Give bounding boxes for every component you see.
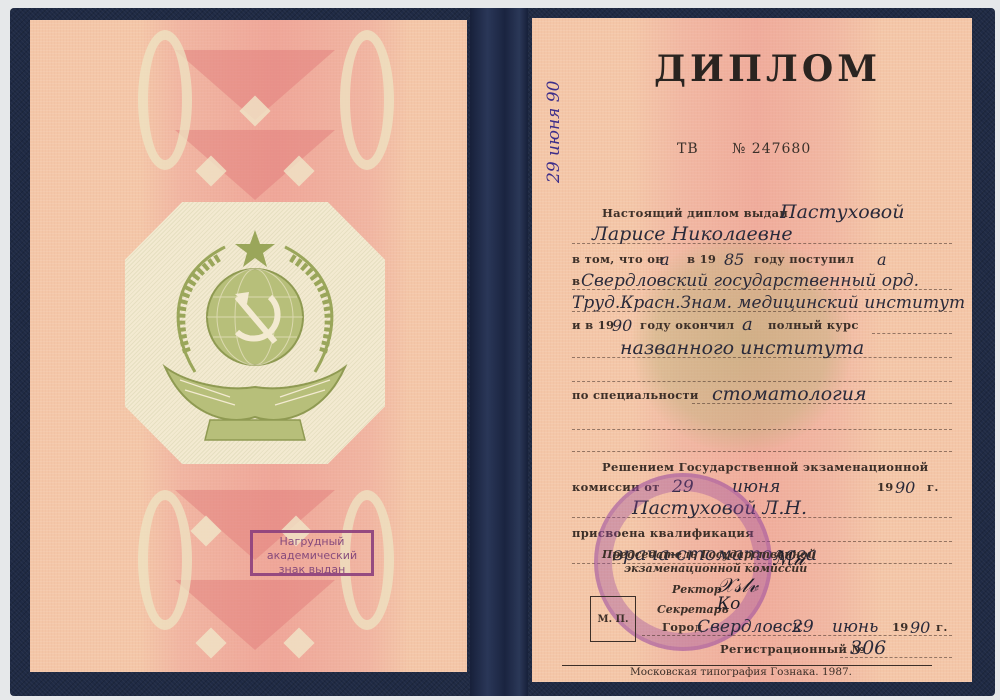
year-abbr: г. <box>936 620 948 634</box>
stamp-line: знак выдан <box>253 563 371 577</box>
graduation-year: 90 <box>612 316 632 335</box>
secretary-signature: Ко <box>717 594 740 614</box>
given-names-row: Ларисе Николаевне <box>572 224 952 246</box>
course-of: названного института <box>620 337 864 359</box>
registration-label: Регистрационный № <box>720 642 864 656</box>
cover-spine <box>470 8 528 696</box>
decision-label: Решением Государственной экзаменационной <box>602 460 929 474</box>
course-row: названного института <box>572 338 952 360</box>
full-course-label: полный курс <box>768 318 859 332</box>
pattern-chevron <box>175 130 335 200</box>
dotted-line <box>572 429 952 430</box>
academic-badge-stamp: Нагрудный академический знак выдан <box>250 530 374 576</box>
entry-year: 85 <box>724 250 744 269</box>
rector-label: Ректор <box>672 583 721 596</box>
in-that-label: в том, что он <box>572 252 664 266</box>
year-prefix: 19 <box>877 480 894 494</box>
issued-to-row: Настоящий диплом выдан Пастуховой <box>602 202 952 224</box>
specialty: стоматология <box>712 383 867 405</box>
dotted-line <box>872 333 952 334</box>
left-page: Нагрудный академический знак выдан <box>30 20 467 672</box>
institution-row-1: в Свердловский государственный орд. <box>572 270 952 292</box>
decision-year: 90 <box>895 478 915 497</box>
pattern-wave <box>340 30 394 170</box>
pattern-wave <box>138 490 192 630</box>
institution-row-2: Труд.Красн.Знам. медицинский институт <box>572 292 952 314</box>
year-enrolled-label: году поступил <box>754 252 854 266</box>
dotted-line <box>572 381 952 382</box>
gender-suffix: а <box>877 250 887 269</box>
issued-to-label: Настоящий диплом выдан <box>602 206 788 220</box>
pattern-wave <box>138 30 192 170</box>
graduated-label: году окончил <box>640 318 734 332</box>
institution-name: Труд.Красн.Знам. медицинский институт <box>572 293 965 313</box>
in-prefix: в <box>572 274 580 288</box>
specialty-label: по специальности <box>572 388 699 402</box>
diploma-series-number: ТВ № 247680 <box>677 141 811 157</box>
ussr-coat-of-arms-icon <box>125 202 385 464</box>
gender-suffix: а <box>742 314 753 335</box>
institution-name: Свердловский государственный орд. <box>581 271 919 291</box>
issue-month: июнь <box>832 617 878 637</box>
enrollment-row: в том, что он а в 19 85 году поступил а <box>572 248 952 270</box>
year-prefix: 19 <box>892 620 909 634</box>
issue-day: 29 <box>792 617 814 637</box>
stamp-line: Нагрудный <box>253 535 371 549</box>
stamp-line: академический <box>253 549 371 563</box>
dotted-line <box>572 451 952 452</box>
gender-suffix: а <box>660 250 670 269</box>
blank-row <box>572 362 952 384</box>
registration-number: 306 <box>850 637 886 659</box>
diploma-number: 247680 <box>752 141 811 157</box>
city-date-row: Город Свердловск 29 июнь 19 90 г. <box>642 616 952 638</box>
printer-imprint: Московская типография Гознака. 1987. <box>630 666 852 678</box>
city: Свердловск <box>697 617 802 637</box>
series: ТВ <box>677 141 699 157</box>
graduation-row: и в 19 90 году окончил а полный курс <box>572 314 952 336</box>
stamp-place-label: М. П. <box>598 614 629 625</box>
chairman-signature: ℳ𝓊 <box>772 546 805 570</box>
in-year-label: в 19 <box>687 252 716 266</box>
issue-year: 90 <box>910 618 930 637</box>
decision-row: Решением Государственной экзаменационной <box>602 456 952 478</box>
registration-row: Регистрационный № 306 <box>720 638 952 660</box>
diploma-title: ДИПЛОМ <box>654 48 881 90</box>
blank-row <box>572 432 952 454</box>
right-page: 29 июня 90 ДИПЛОМ ТВ № 247680 Настоящий … <box>532 18 972 682</box>
number-sign: № <box>732 141 746 157</box>
year-abbr: г. <box>927 480 939 494</box>
recipient-given-names: Ларисе Николаевне <box>592 223 793 245</box>
specialty-row: по специальности стоматология <box>572 384 952 406</box>
dotted-line <box>757 541 952 542</box>
blank-row <box>572 410 952 432</box>
stamp-place-box: М. П. <box>590 596 636 642</box>
coat-of-arms-panel <box>125 202 385 464</box>
recipient-surname: Пастуховой <box>780 201 904 223</box>
handwritten-margin-note: 29 июня 90 <box>544 81 564 183</box>
and-in-label: и в 19 <box>572 318 614 332</box>
